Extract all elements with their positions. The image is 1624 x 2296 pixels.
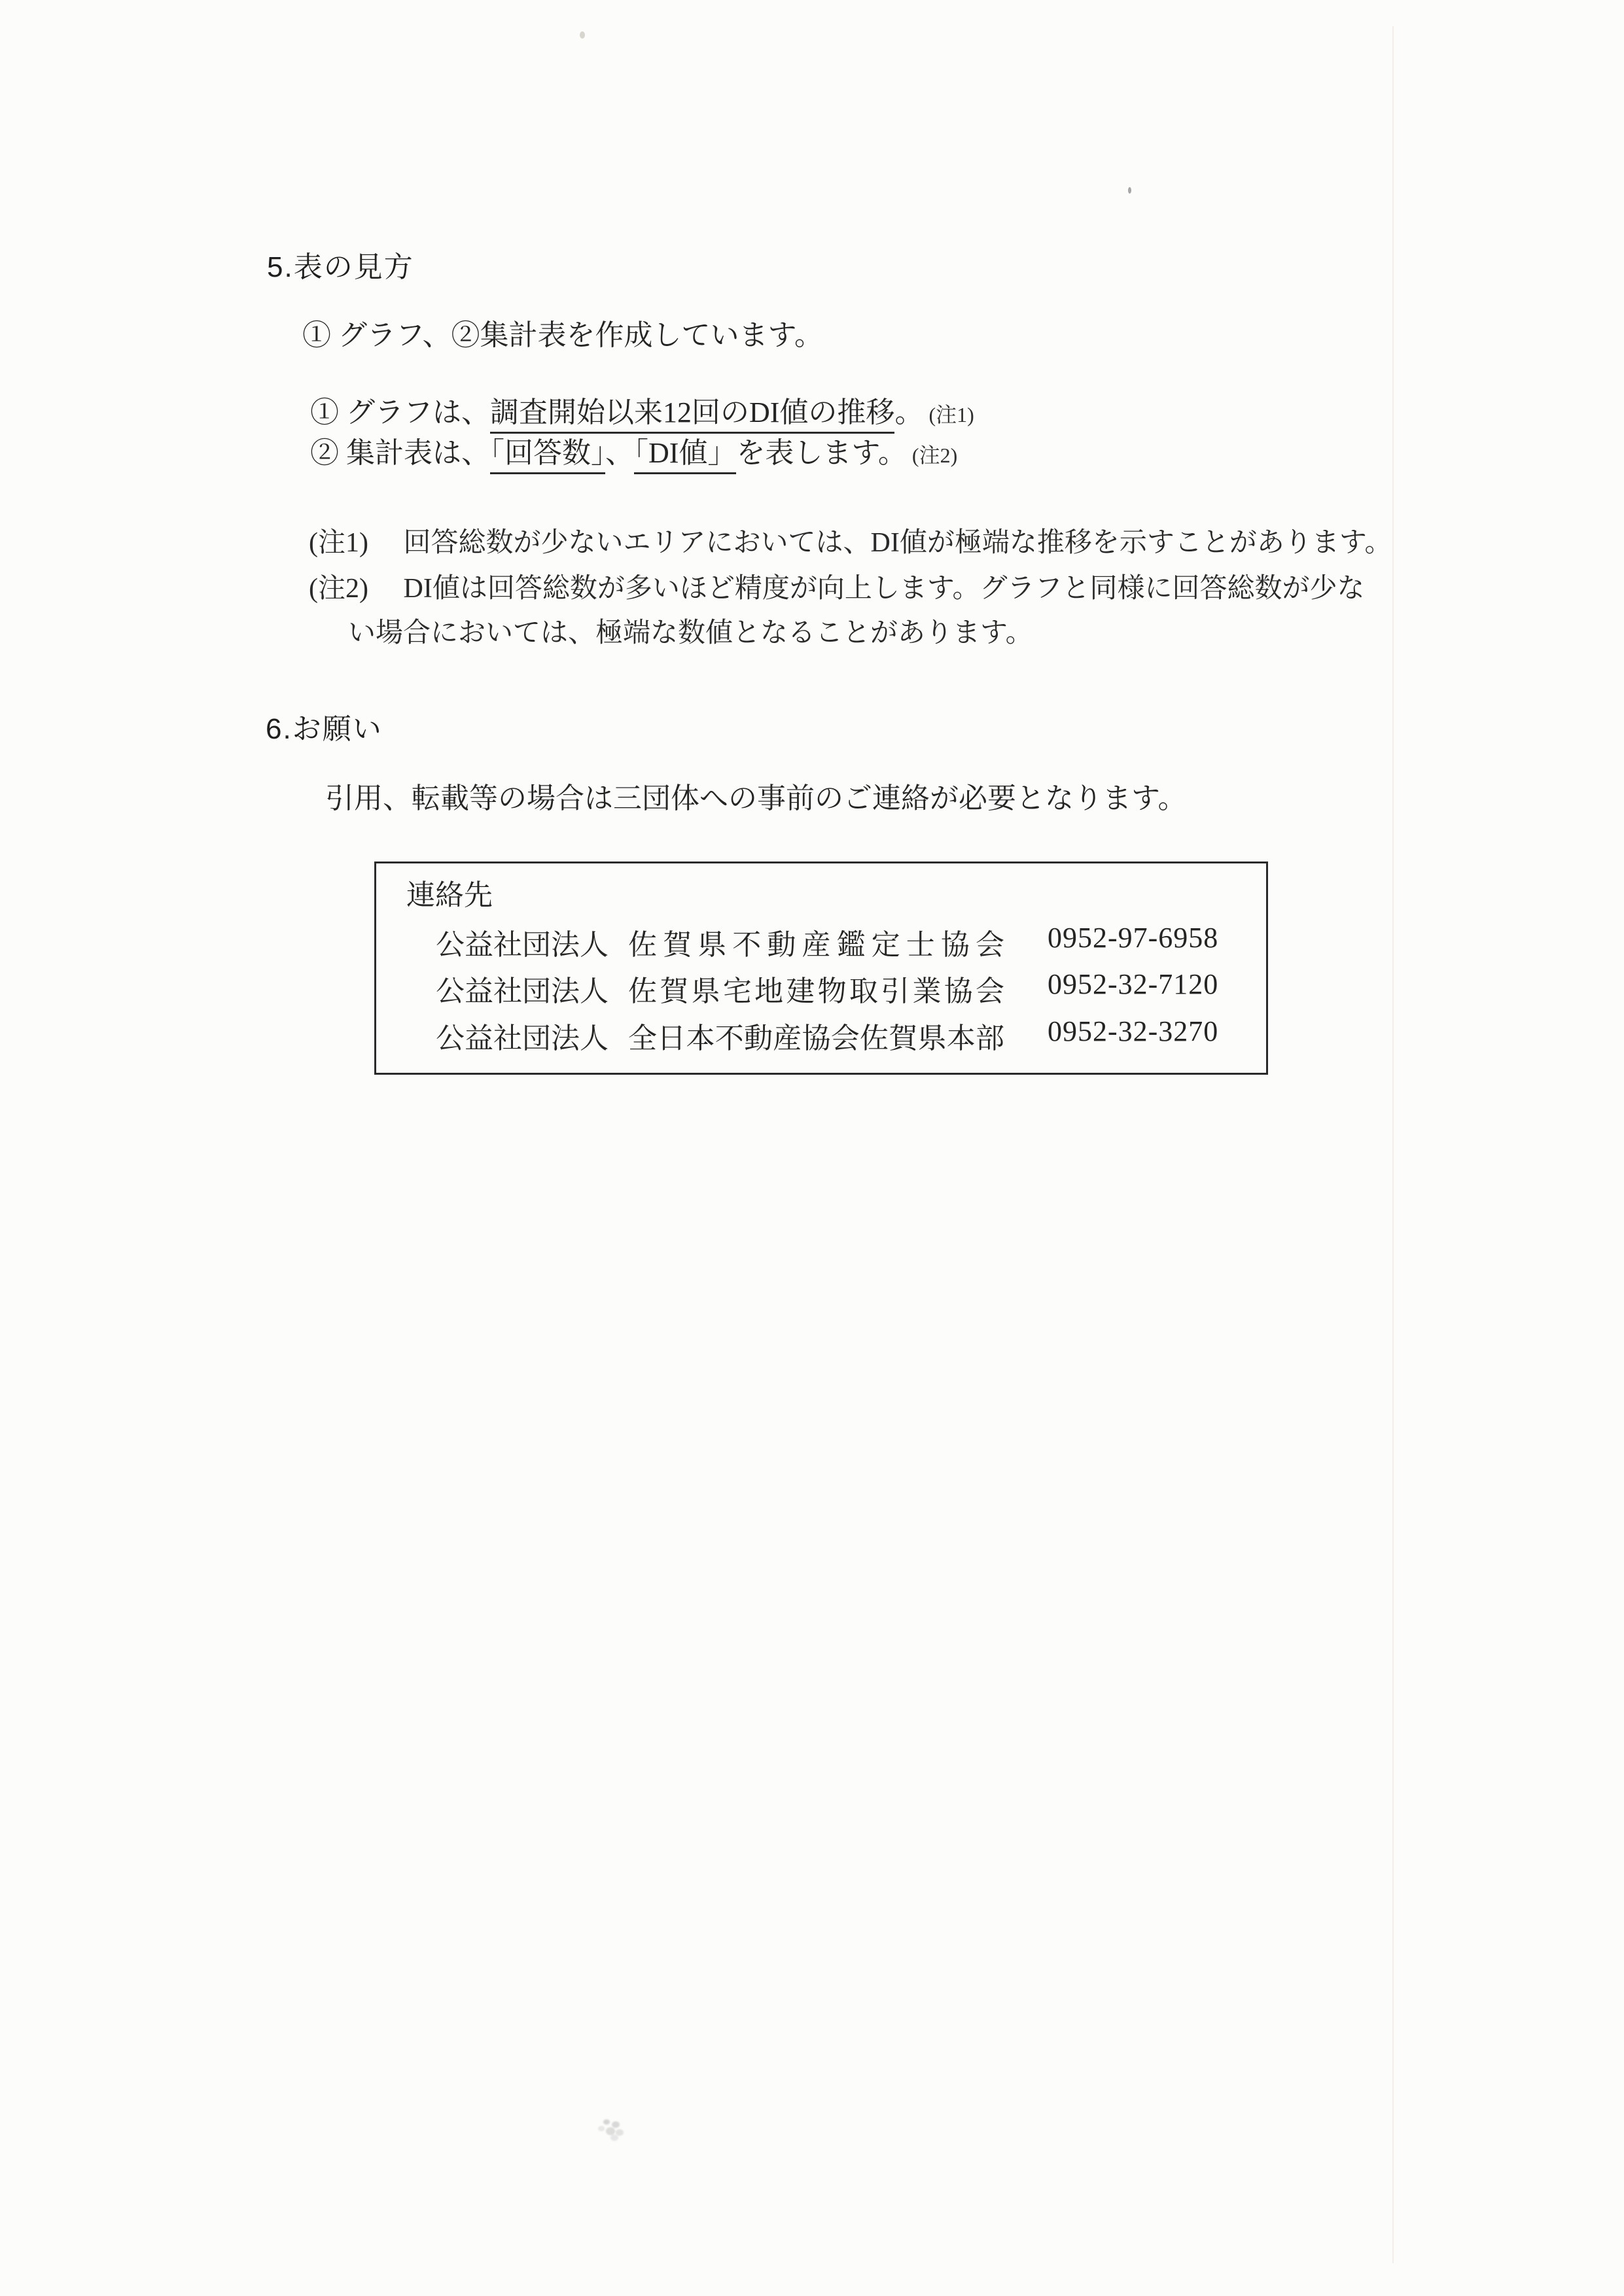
org-name: 佐賀県宅地建物取引業協会 [628,967,1004,1004]
item-graph-prefix: ① グラフは、 [310,396,490,428]
org-name: 佐賀県不動産鑑定士協会 [628,921,1004,958]
item-graph-line: ① グラフは、調査開始以来12回のDI値の推移。(注1) [310,396,974,430]
org-type: 公益社団法人 [436,967,609,1009]
org-phone: 0952-32-3270 [1048,1015,1218,1048]
item-table-underlined-1: 「回答数」 [490,437,605,474]
contact-title: 連絡先 [406,871,493,913]
note2-text-line2: い場合においては、極端な数値となることがあります。 [348,617,1033,649]
scan-smudge [603,2119,610,2125]
item-table-suffix: を表します。 [736,437,906,469]
contact-box: 連絡先 公益社団法人 佐賀県不動産鑑定士協会 0952-97-6958 公益社団… [374,861,1268,1075]
item-graph-underlined: 調査開始以来12回のDI値の推移 [490,396,894,434]
contact-row: 公益社団法人 全日本不動産協会佐賀県本部 0952-32-3270 [376,1015,1266,1047]
note2-line1: (注2) DI値は回答総数が多いほど精度が向上します。グラフと同様に回答総数が少… [309,573,1364,604]
section5-heading: 5.表の見方 [267,243,414,285]
item-graph-period: 。 [894,396,923,428]
item-table-note-ref: (注2) [912,444,957,467]
org-name: 全日本不動産協会佐賀県本部 [628,1015,1004,1051]
document-page: 5.表の見方 ① グラフ、②集計表を作成しています。 ① グラフは、調査開始以来… [0,0,1624,2296]
item-table-prefix: ② 集計表は、 [310,437,490,469]
note1-text: 回答総数が少ないエリアにおいては、DI値が極端な推移を示すことがあります。 [404,528,1392,558]
contact-row: 公益社団法人 佐賀県不動産鑑定士協会 0952-97-6958 [376,921,1266,954]
section5-intro: ① グラフ、②集計表を作成しています。 [302,319,823,353]
item-table-line: ② 集計表は、「回答数」、「DI値」を表します。(注2) [310,437,957,470]
item-table-separator: 、 [605,437,634,469]
scan-speck [580,31,585,39]
org-phone: 0952-97-6958 [1048,921,1218,954]
note1-label: (注1) [309,527,377,559]
note2-text-line1: DI値は回答総数が多いほど精度が向上します。グラフと同様に回答総数が少な [404,574,1365,604]
scan-speck [1128,187,1131,194]
section6-body: 引用、転載等の場合は三団体への事前のご連絡が必要となります。 [325,782,1186,816]
section6-heading: 6.お願い [266,705,383,747]
note2-label: (注2) [309,573,377,604]
scan-line-artifact [1392,26,1394,2263]
contact-row: 公益社団法人 佐賀県宅地建物取引業協会 0952-32-7120 [376,967,1266,1000]
item-graph-note-ref: (注1) [928,403,974,426]
note1-line: (注1) 回答総数が少ないエリアにおいては、DI値が極端な推移を示すことがありま… [309,527,1392,559]
item-table-underlined-2: 「DI値」 [634,437,736,474]
org-type: 公益社団法人 [436,1015,609,1056]
org-phone: 0952-32-7120 [1048,967,1218,1001]
org-type: 公益社団法人 [436,921,609,963]
